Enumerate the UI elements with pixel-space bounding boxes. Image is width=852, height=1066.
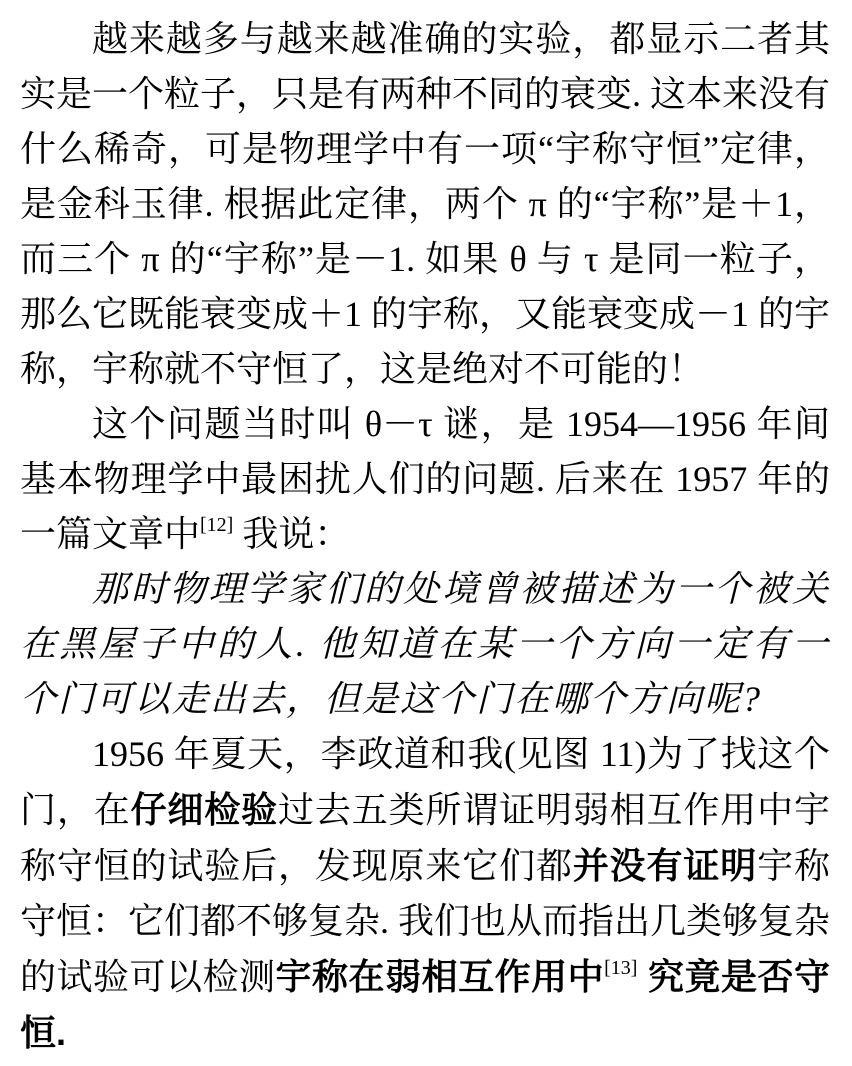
book-page: 越来越多与越来越准确的实验，都显示二者其实是一个粒子，只是有两种不同的衰变. 这… (0, 0, 852, 1066)
paragraph-theta-tau-puzzle: 这个问题当时叫 θ－τ 谜，是 1954—1956 年间基本物理学中最困扰人们的… (20, 397, 830, 562)
paragraph-text: 越来越多与越来越准确的实验，都显示二者其实是一个粒子，只是有两种不同的衰变. 这… (20, 19, 830, 389)
emphasis-parity-in-weak-interaction: 宇称在弱相互作用中 (276, 956, 605, 997)
emphasis-did-not-prove: 并没有证明 (573, 845, 757, 886)
paragraph-text: 我说： (233, 514, 350, 554)
paragraph-dark-room-quote: 那时物理学家们的处境曾被描述为一个被关在黑屋子中的人. 他知道在某一个方向一定有… (20, 562, 830, 727)
emphasis-careful-examination: 仔细检验 (131, 789, 278, 830)
reference-superscript-12: [12] (200, 514, 233, 536)
paragraph-theta-tau-intro: 越来越多与越来越准确的实验，都显示二者其实是一个粒子，只是有两种不同的衰变. 这… (20, 12, 830, 397)
quote-text: 那时物理学家们的处境曾被描述为一个被关在黑屋子中的人. 他知道在某一个方向一定有… (20, 569, 830, 719)
paragraph-1956-summer: 1956 年夏天，李政道和我(见图 11)为了找这个门，在仔细检验过去五类所谓证… (20, 727, 830, 1061)
reference-superscript-13: [13] (604, 957, 637, 979)
paragraph-text: 这个问题当时叫 θ－τ 谜，是 1954—1956 年间基本物理学中最困扰人们的… (20, 404, 830, 554)
